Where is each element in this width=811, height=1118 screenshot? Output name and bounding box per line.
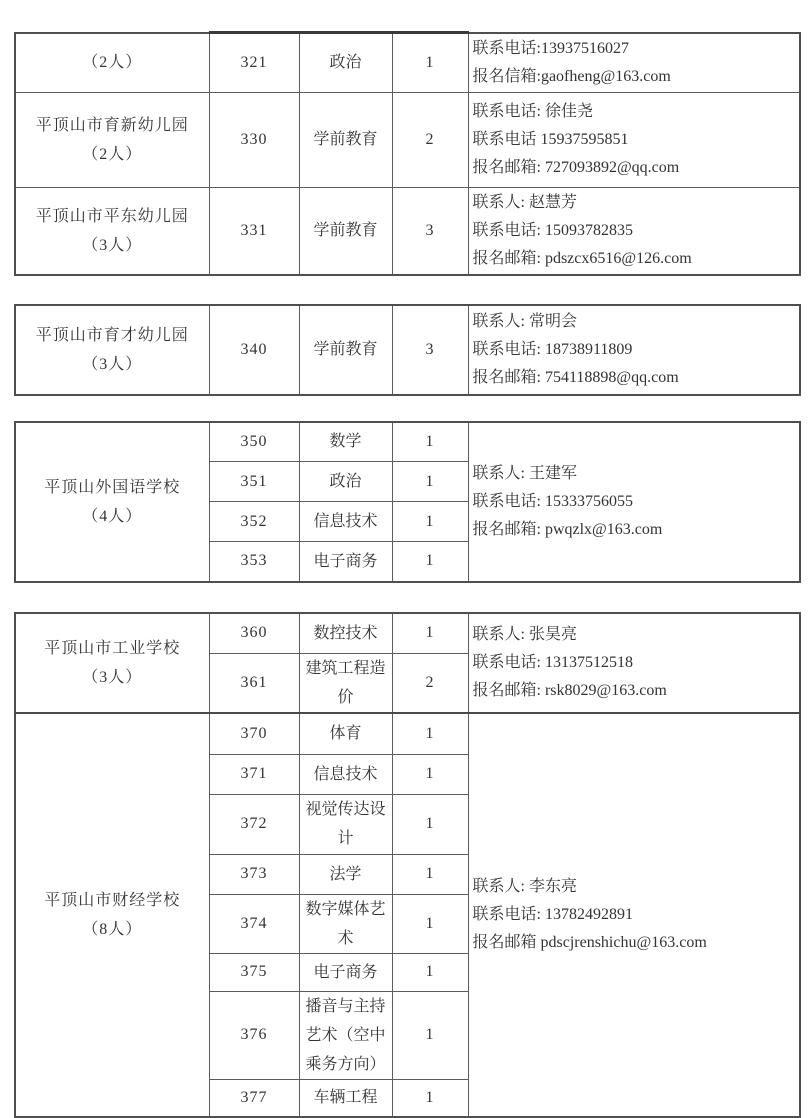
contact-cell: 联系人: 常明会 联系电话: 18738911809 报名邮箱: 7541188… [468, 305, 800, 395]
contact-cell: 联系电话:13937516027 报名信箱:gaofheng@163.com [468, 33, 800, 93]
subject-cell: 信息技术 [299, 754, 392, 794]
count-cell: 1 [392, 754, 468, 794]
table-row: 平顶山市平东幼儿园 （3人） 331 学前教育 3 联系人: 赵慧芳 联系电话:… [15, 187, 800, 275]
school-cell: 平顶山市育新幼儿园 （2人） [15, 92, 209, 187]
subject-cell: 法学 [299, 854, 392, 894]
school-name-line: 平顶山市平东幼儿园 [16, 202, 209, 231]
document-page: （2人） 321 政治 1 联系电话:13937516027 报名信箱:gaof… [0, 0, 799, 1118]
code-cell: 375 [209, 953, 299, 991]
contact-line: 报名邮箱: 727093892@qq.com [473, 154, 796, 182]
count-cell: 2 [392, 654, 468, 714]
subject-cell: 学前教育 [299, 92, 392, 187]
contact-line: 报名邮箱 pdscjrenshichu@163.com [473, 929, 796, 957]
code-cell: 321 [209, 33, 299, 93]
subject-cell: 电子商务 [299, 953, 392, 991]
subject-cell: 车辆工程 [299, 1079, 392, 1117]
table-row: 平顶山市工业学校 （3人） 360 数控技术 1 联系人: 张昊亮 联系电话: … [15, 613, 800, 654]
subject-cell: 数学 [299, 422, 392, 462]
subject-cell: 播音与主持艺术（空中乘务方向） [299, 991, 392, 1079]
code-cell: 377 [209, 1079, 299, 1117]
subject-cell: 信息技术 [299, 502, 392, 542]
count-cell: 1 [392, 1079, 468, 1117]
school-name-line: （2人） [16, 140, 209, 169]
table-row: 平顶山市育才幼儿园 （3人） 340 学前教育 3 联系人: 常明会 联系电话:… [15, 305, 800, 395]
contact-line: 联系人: 常明会 [473, 308, 796, 336]
recruitment-table-4: 平顶山市工业学校 （3人） 360 数控技术 1 联系人: 张昊亮 联系电话: … [14, 612, 801, 1118]
table-row: （2人） 321 政治 1 联系电话:13937516027 报名信箱:gaof… [15, 33, 800, 93]
school-cell: 平顶山市财经学校 （8人） [15, 713, 209, 1117]
school-cell: 平顶山市工业学校 （3人） [15, 613, 209, 714]
subject-cell: 数字媒体艺术 [299, 894, 392, 953]
contact-line: 联系电话: 18738911809 [473, 336, 796, 364]
table-row: 平顶山市育新幼儿园 （2人） 330 学前教育 2 联系电话: 徐佳尧 联系电话… [15, 92, 800, 187]
count-cell: 1 [392, 613, 468, 654]
contact-line: 联系人: 张昊亮 [473, 621, 796, 649]
school-cell: 平顶山市平东幼儿园 （3人） [15, 187, 209, 275]
code-cell: 376 [209, 991, 299, 1079]
count-cell: 1 [392, 894, 468, 953]
contact-line: 联系电话:13937516027 [473, 35, 796, 63]
subject-cell: 数控技术 [299, 613, 392, 654]
count-cell: 1 [392, 502, 468, 542]
school-name-line: （8人） [16, 915, 209, 944]
recruitment-table-3: 平顶山外国语学校 （4人） 350 数学 1 联系人: 王建军 联系电话: 15… [14, 421, 801, 583]
code-cell: 360 [209, 613, 299, 654]
school-cell: 平顶山市育才幼儿园 （3人） [15, 305, 209, 395]
school-name-line: 平顶山外国语学校 [16, 473, 209, 502]
code-cell: 352 [209, 502, 299, 542]
school-name-line: 平顶山市工业学校 [16, 634, 209, 663]
recruitment-table-1: （2人） 321 政治 1 联系电话:13937516027 报名信箱:gaof… [14, 31, 801, 276]
school-name-line: （3人） [16, 350, 209, 379]
table-row: 平顶山外国语学校 （4人） 350 数学 1 联系人: 王建军 联系电话: 15… [15, 422, 800, 462]
count-cell: 1 [392, 794, 468, 854]
count-cell: 1 [392, 422, 468, 462]
count-cell: 1 [392, 854, 468, 894]
count-cell: 1 [392, 953, 468, 991]
code-cell: 361 [209, 654, 299, 714]
school-name-line: （3人） [16, 663, 209, 692]
count-cell: 1 [392, 462, 468, 502]
code-cell: 331 [209, 187, 299, 275]
table-row: 平顶山市财经学校 （8人） 370 体育 1 联系人: 李东亮 联系电话: 13… [15, 713, 800, 754]
subject-cell: 体育 [299, 713, 392, 754]
contact-cell: 联系人: 张昊亮 联系电话: 13137512518 报名邮箱: rsk8029… [468, 613, 800, 714]
count-cell: 1 [392, 713, 468, 754]
subject-cell: 视觉传达设计 [299, 794, 392, 854]
contact-cell: 联系人: 赵慧芳 联系电话: 15093782835 报名邮箱: pdszcx6… [468, 187, 800, 275]
school-name-line: （4人） [16, 502, 209, 531]
contact-line: 联系电话: 15093782835 [473, 217, 796, 245]
code-cell: 350 [209, 422, 299, 462]
contact-line: 联系人: 王建军 [473, 460, 796, 488]
count-cell: 1 [392, 33, 468, 93]
contact-line: 报名信箱:gaofheng@163.com [473, 63, 796, 91]
code-cell: 373 [209, 854, 299, 894]
subject-cell: 学前教育 [299, 305, 392, 395]
count-cell: 1 [392, 991, 468, 1079]
count-cell: 2 [392, 92, 468, 187]
contact-line: 联系人: 赵慧芳 [473, 189, 796, 217]
contact-line: 联系电话: 13782492891 [473, 901, 796, 929]
recruitment-table-2: 平顶山市育才幼儿园 （3人） 340 学前教育 3 联系人: 常明会 联系电话:… [14, 304, 801, 396]
count-cell: 1 [392, 542, 468, 582]
contact-line: 报名邮箱: pwqzlx@163.com [473, 516, 796, 544]
code-cell: 353 [209, 542, 299, 582]
school-name-line: （2人） [16, 48, 209, 77]
code-cell: 351 [209, 462, 299, 502]
school-name-line: 平顶山市育新幼儿园 [16, 111, 209, 140]
school-name-line: （3人） [16, 231, 209, 260]
code-cell: 371 [209, 754, 299, 794]
contact-line: 报名邮箱: pdszcx6516@126.com [473, 245, 796, 273]
code-cell: 340 [209, 305, 299, 395]
contact-line: 报名邮箱: 754118898@qq.com [473, 364, 796, 392]
contact-line: 联系人: 李东亮 [473, 873, 796, 901]
code-cell: 374 [209, 894, 299, 953]
contact-line: 联系电话: 徐佳尧 [473, 98, 796, 126]
contact-line: 联系电话: 15333756055 [473, 488, 796, 516]
code-cell: 330 [209, 92, 299, 187]
school-cell: 平顶山外国语学校 （4人） [15, 422, 209, 582]
school-cell: （2人） [15, 33, 209, 93]
count-cell: 3 [392, 187, 468, 275]
contact-cell: 联系人: 李东亮 联系电话: 13782492891 报名邮箱 pdscjren… [468, 713, 800, 1117]
contact-cell: 联系人: 王建军 联系电话: 15333756055 报名邮箱: pwqzlx@… [468, 422, 800, 582]
code-cell: 370 [209, 713, 299, 754]
subject-cell: 建筑工程造价 [299, 654, 392, 714]
count-cell: 3 [392, 305, 468, 395]
contact-line: 联系电话 15937595851 [473, 126, 796, 154]
subject-cell: 政治 [299, 33, 392, 93]
subject-cell: 电子商务 [299, 542, 392, 582]
contact-line: 报名邮箱: rsk8029@163.com [473, 677, 796, 705]
code-cell: 372 [209, 794, 299, 854]
contact-line: 联系电话: 13137512518 [473, 649, 796, 677]
school-name-line: 平顶山市育才幼儿园 [16, 321, 209, 350]
subject-cell: 政治 [299, 462, 392, 502]
school-name-line: 平顶山市财经学校 [16, 886, 209, 915]
contact-cell: 联系电话: 徐佳尧 联系电话 15937595851 报名邮箱: 7270938… [468, 92, 800, 187]
subject-cell: 学前教育 [299, 187, 392, 275]
